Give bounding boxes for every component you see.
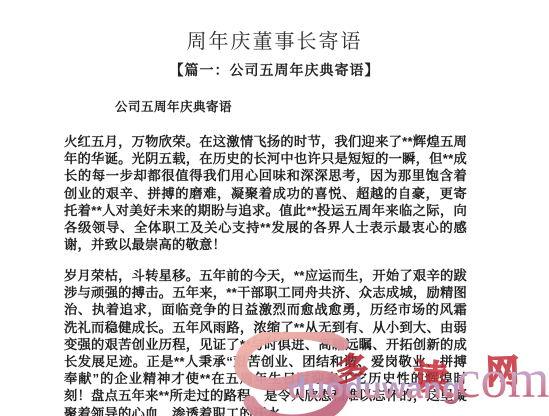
document-page: 周年庆董事长寄语 【篇一：公司五周年庆典寄语】 公司五周年庆典寄语 火红五月，万… xyxy=(0,0,549,416)
paragraph-1: 火红五月，万物欣荣。在这激情飞扬的时节，我们迎来了**辉煌五周年的华诞。光阴五载… xyxy=(64,133,467,253)
section-title: 【篇一：公司五周年庆典寄语】 xyxy=(0,60,549,80)
page-title: 周年庆董事长寄语 xyxy=(0,25,549,54)
section-heading: 公司五周年庆典寄语 xyxy=(115,97,232,115)
paragraph-2: 岁月荣枯，斗转星移。五年前的今天，**应运而生，开始了艰辛的跋涉与顽强的搏击。五… xyxy=(64,267,467,416)
watermark-cjk-char-wang: 网 xyxy=(485,345,520,393)
